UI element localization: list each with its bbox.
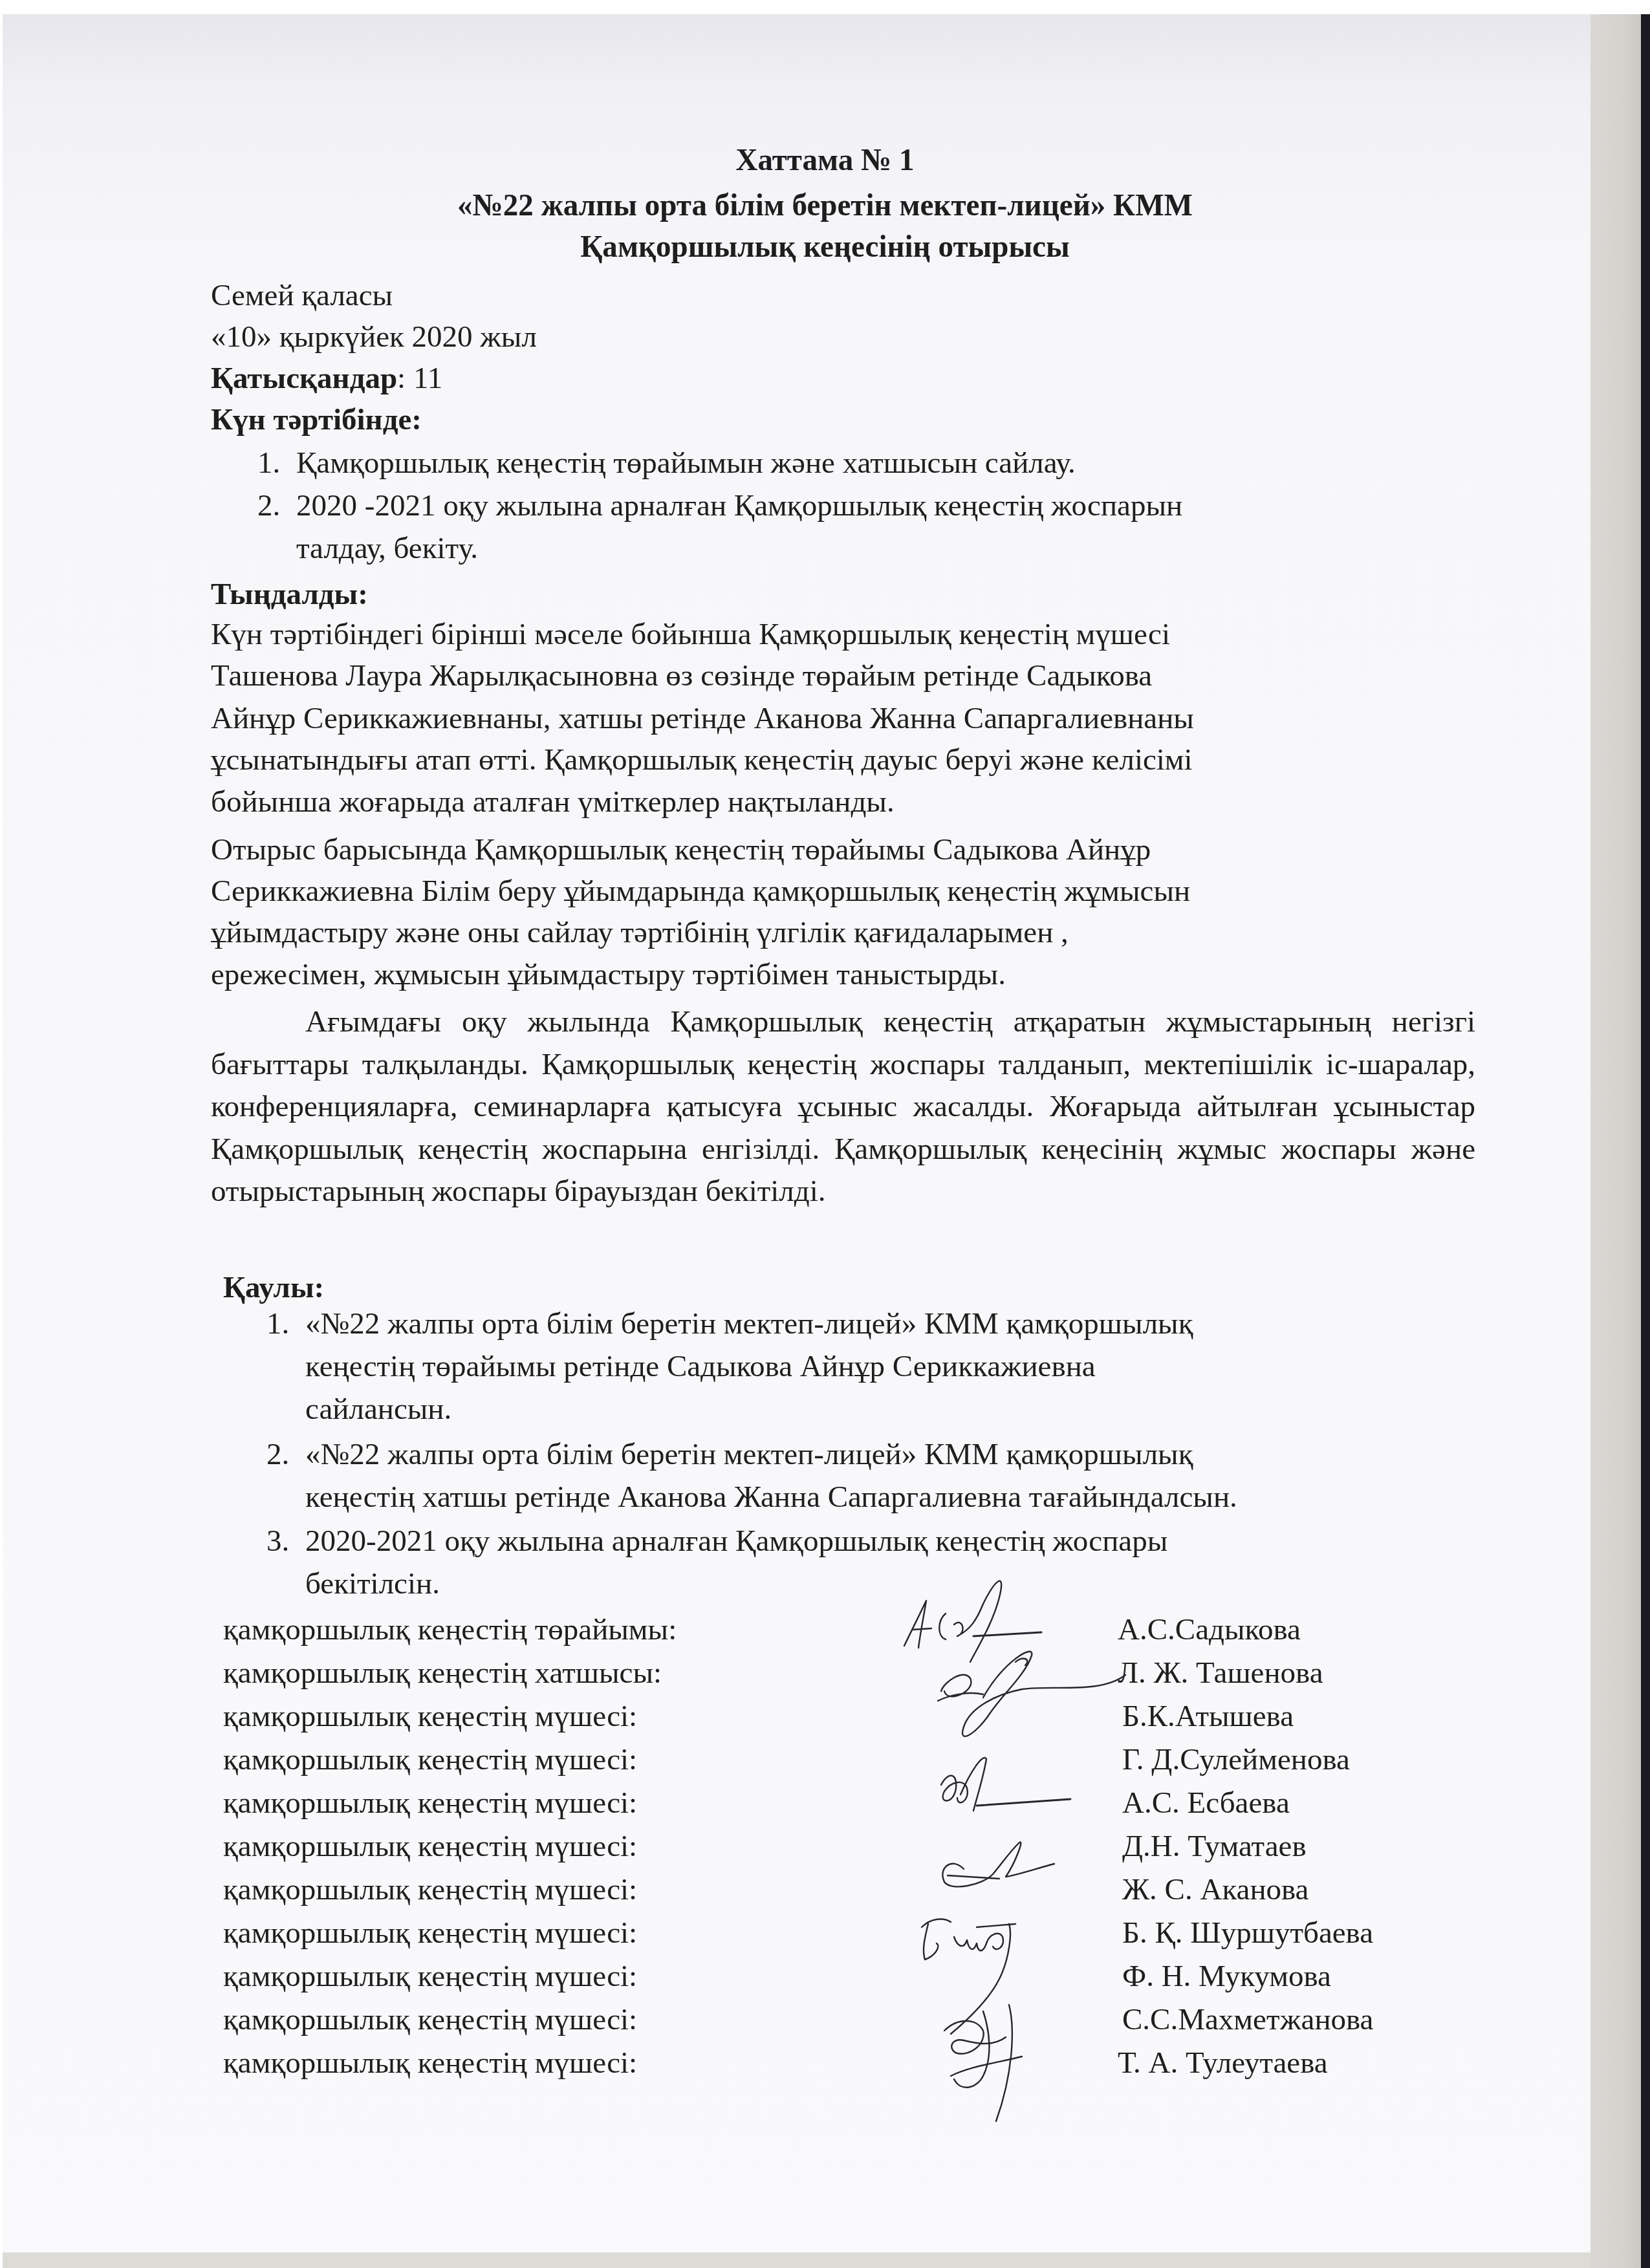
heard-line: ұйымдастыру және оны сайлау тәртібінің ү…: [211, 918, 1069, 948]
participants-label: Қатысқандар: [211, 362, 397, 395]
resolution-item-continuation: кеңестің хатшы ретінде Аканова Жанна Сап…: [305, 1482, 1237, 1513]
signatory-name: Г. Д.Сулейменова: [1122, 1745, 1350, 1775]
signature-tashenova-icon: [938, 1652, 1125, 1736]
signatory-role: қамқоршылық кеңестің мүшесі:: [223, 2048, 637, 2079]
signatory-name: С.С.Махметжанова: [1122, 2005, 1373, 2035]
protocol-document: Хаттама № 1 «№22 жалпы орта білім береті…: [0, 0, 1650, 2268]
resolution-item-continuation: сайлансын.: [305, 1394, 451, 1425]
discussion-text: Ағымдағы оқу жылында Қамқоршылық кеңесті…: [211, 1005, 1475, 1208]
signatory-role: қамқоршылық кеңестің мүшесі:: [223, 1918, 637, 1949]
agenda-item: 2.2020 -2021 оқу жылына арналған Қамқорш…: [257, 491, 1182, 521]
heard-line: ережесімен, жұмысын ұйымдастыру тәртібім…: [211, 960, 1006, 990]
signatory-role: қамқоршылық кеңестің мүшесі:: [223, 1961, 637, 1992]
heard-line: ұсынатындығы атап өтті. Қамқоршылық кеңе…: [211, 745, 1193, 775]
signatory-role: қамқоршылық кеңестің мүшесі:: [223, 1875, 637, 1905]
signatory-name: Ф. Н. Мукумова: [1122, 1961, 1331, 1992]
signature-sadykova-icon: [904, 1581, 1041, 1662]
heard-line: Отырыс барысында Қамқоршылық кеңестің тө…: [211, 835, 1151, 865]
resolution-item-number: 1.: [266, 1309, 305, 1339]
discussion-paragraph: Ағымдағы оқу жылында Қамқоршылық кеңесті…: [211, 1001, 1475, 1213]
signature-makhmetzhanova-icon: [944, 2005, 1022, 2121]
agenda-item-continuation: талдау, бекіту.: [296, 534, 478, 564]
agenda-item: 1.Қамқоршылық кеңестің төрайымын және ха…: [257, 448, 1076, 479]
resolution-heading: Қаулы:: [223, 1273, 324, 1303]
signatory-role: қамқоршылық кеңестің мүшесі:: [223, 1701, 637, 1732]
heard-line: Айнұр Сериккажиевнаны, хатшы ретінде Ака…: [211, 704, 1194, 734]
agenda-item-text: Қамқоршылық кеңестің төрайымын және хатш…: [296, 446, 1076, 480]
agenda-item-text: 2020 -2021 оқу жылына арналған Қамқоршыл…: [296, 489, 1182, 523]
heard-heading: Тыңдалды:: [211, 579, 368, 610]
meeting-date: «10» қыркүйек 2020 жыл: [211, 322, 537, 352]
agenda-heading: Күн тәртібінде:: [211, 405, 422, 435]
signatory-role: қамқоршылық кеңестің хатшысы:: [223, 1658, 662, 1689]
signatory-name: Д.Н. Туматаев: [1122, 1831, 1307, 1862]
participants: Қатысқандар: 11: [211, 363, 442, 394]
signatory-name: А.С. Есбаева: [1122, 1788, 1290, 1819]
heard-line: Ташенова Лаура Жарылқасыновна өз сөзінде…: [211, 661, 1152, 691]
resolution-item-number: 3.: [266, 1526, 305, 1557]
resolution-item-continuation: кеңестің төрайымы ретінде Садыкова Айнұр…: [305, 1352, 1096, 1382]
signatory-name: Л. Ж. Ташенова: [1118, 1658, 1323, 1689]
signatory-role: қамқоршылық кеңестің мүшесі:: [223, 1745, 637, 1775]
resolution-item: 1.«№22 жалпы орта білім беретін мектеп-л…: [266, 1309, 1193, 1339]
participants-count: : 11: [397, 362, 442, 395]
resolution-item-text: 2020-2021 оқу жылына арналған Қамқоршылы…: [305, 1524, 1167, 1558]
signature-shurshutbayeva-icon: [922, 1919, 1015, 2034]
organization-name: «№22 жалпы орта білім беретін мектеп-лиц…: [33, 189, 1617, 221]
signature-tumatayev-icon: [942, 1842, 1054, 1886]
resolution-item: 2.«№22 жалпы орта білім беретін мектеп-л…: [266, 1440, 1193, 1470]
signatory-name: А.С.Садыкова: [1118, 1615, 1301, 1645]
signatory-role: қамқоршылық кеңестің мүшесі:: [223, 1831, 637, 1862]
resolution-item-text: «№22 жалпы орта білім беретін мектеп-лиц…: [305, 1307, 1193, 1341]
signatory-role: қамқоршылық кеңестің мүшесі:: [223, 1788, 637, 1819]
heard-line: Күн тәртібіндегі бірінші мәселе бойынша …: [211, 620, 1170, 650]
signatory-name: Ж. С. Аканова: [1122, 1875, 1308, 1905]
meeting-name: Қамқоршылық кеңесінің отырысы: [33, 230, 1617, 262]
signatory-name: Т. А. Тулеутаева: [1118, 2048, 1328, 2079]
signatory-role: қамқоршылық кеңестің төрайымы:: [223, 1615, 677, 1645]
resolution-item: 3.2020-2021 оқу жылына арналған Қамқоршы…: [266, 1526, 1167, 1557]
handwritten-signatures: [886, 1565, 1132, 2134]
resolution-item-continuation: бекітілсін.: [305, 1569, 440, 1599]
resolution-item-text: «№22 жалпы орта білім беретін мектеп-лиц…: [305, 1438, 1193, 1471]
heard-line: Сериккажиевна Білім беру ұйымдарында қам…: [211, 876, 1190, 907]
agenda-item-number: 2.: [257, 491, 296, 521]
resolution-item-number: 2.: [266, 1440, 305, 1470]
city: Семей қаласы: [211, 281, 393, 311]
signatory-name: Б. Қ. Шуршутбаева: [1122, 1918, 1373, 1949]
document-title: Хаттама № 1: [33, 144, 1617, 175]
signature-suleimenova-icon: [941, 1758, 1070, 1811]
signatory-role: қамқоршылық кеңестің мүшесі:: [223, 2005, 637, 2035]
agenda-item-number: 1.: [257, 448, 296, 479]
heard-line: бойынша жоғарыда аталған үміткерлер нақт…: [211, 787, 895, 817]
signatory-name: Б.К.Атышева: [1122, 1701, 1294, 1732]
